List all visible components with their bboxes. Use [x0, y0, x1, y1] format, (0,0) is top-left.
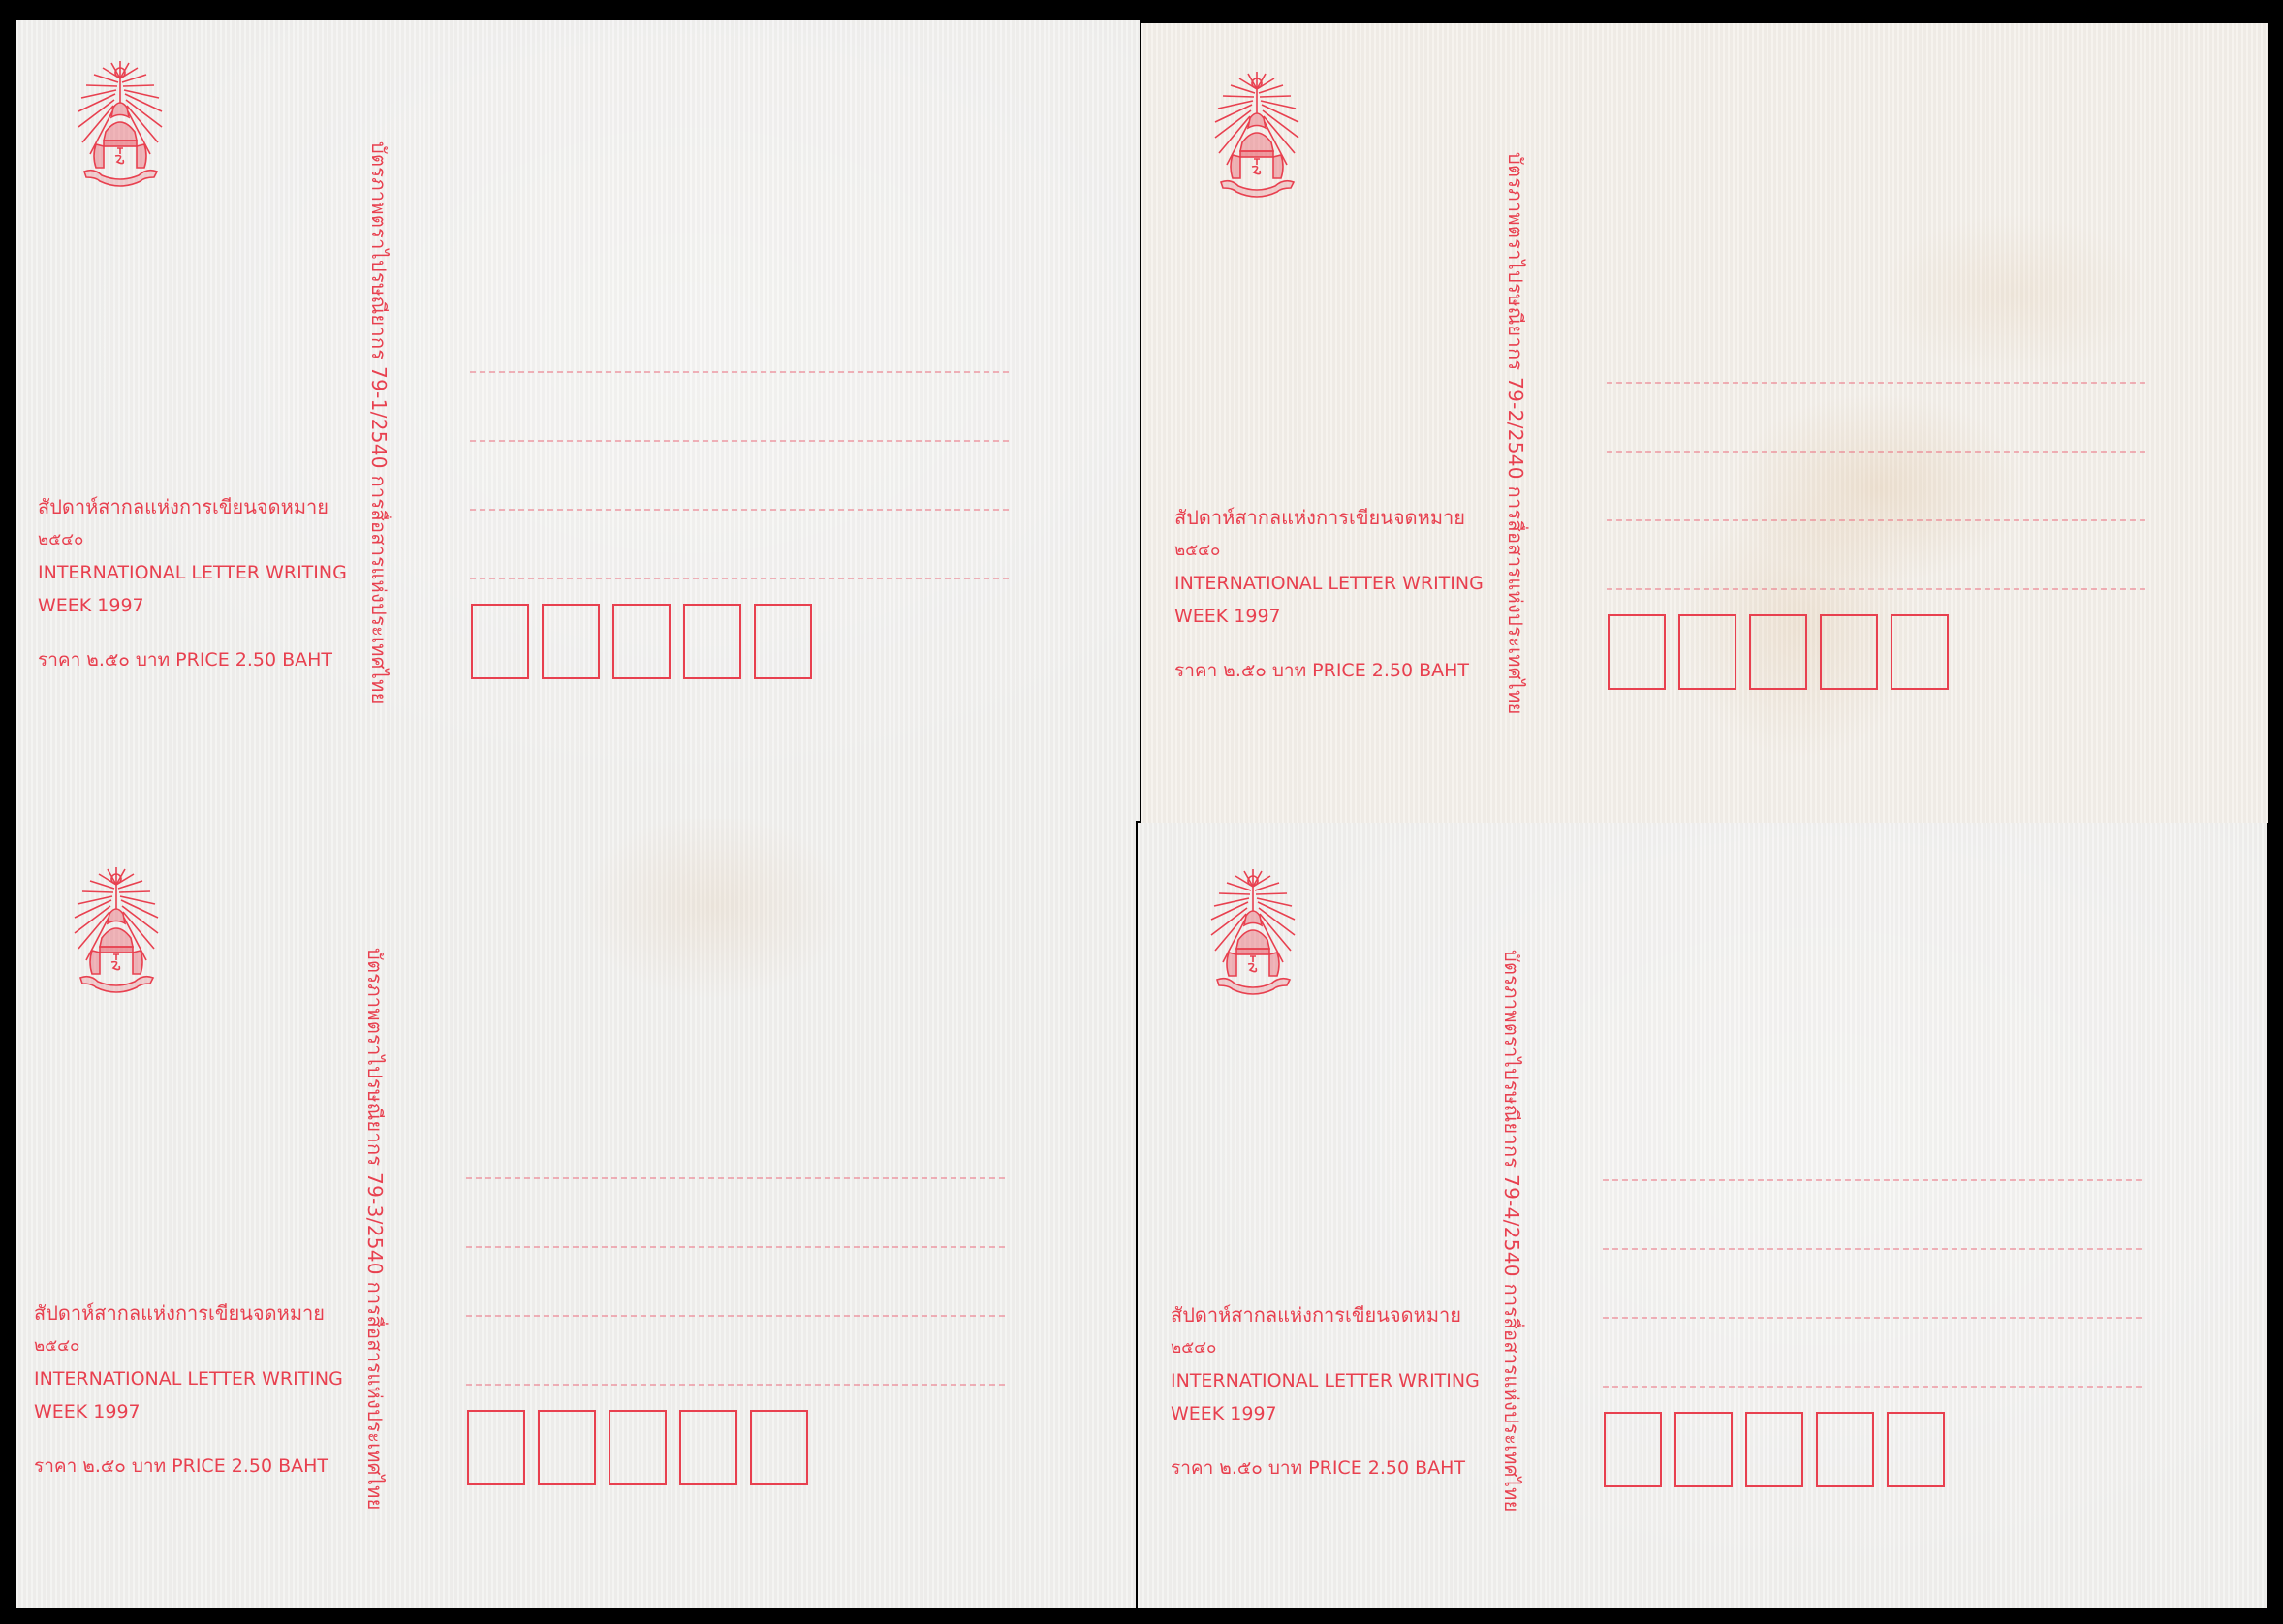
- card-info-block: สัปดาห์สากลแห่งการเขียนจดหมาย ๒๕๔๐ INTER…: [34, 1296, 343, 1481]
- thai-year: ๒๕๔๐: [1174, 534, 1484, 567]
- thai-royal-emblem-icon: [75, 59, 167, 195]
- postcode-box: [1816, 1412, 1874, 1487]
- address-line: [1607, 451, 2145, 453]
- postal-card-bottom-right: บัตรภาพตราไปรษณียากร 79-4/2540 การสื่อสา…: [1138, 823, 2267, 1608]
- postcode-box: [1745, 1412, 1803, 1487]
- postcode-box: [750, 1410, 808, 1485]
- postcode-box: [1604, 1412, 1662, 1487]
- english-title-line1: INTERNATIONAL LETTER WRITING: [38, 556, 347, 589]
- thai-royal-emblem-icon: [1211, 70, 1303, 205]
- thai-royal-emblem-icon: [1207, 867, 1299, 1003]
- postcode-box: [1608, 614, 1666, 690]
- address-line: [470, 371, 1009, 373]
- address-line: [1607, 588, 2145, 590]
- address-line: [1603, 1179, 2142, 1181]
- postcode-box: [1674, 1412, 1733, 1487]
- card-series-text: บัตรภาพตราไปรษณียากร 79-1/2540 การสื่อสา…: [365, 141, 394, 703]
- address-line: [466, 1177, 1005, 1179]
- postcode-box: [683, 604, 741, 679]
- postal-card-top-right: บัตรภาพตราไปรษณียากร 79-2/2540 การสื่อสา…: [1141, 23, 2268, 823]
- thai-title: สัปดาห์สากลแห่งการเขียนจดหมาย: [1171, 1298, 1480, 1331]
- address-line: [470, 440, 1009, 442]
- postcode-box: [754, 604, 812, 679]
- english-title-line2: WEEK 1997: [38, 589, 347, 622]
- address-line: [470, 509, 1009, 511]
- address-line: [466, 1384, 1005, 1386]
- price-text: ราคา ๒.๕๐ บาท PRICE 2.50 BAHT: [38, 645, 347, 674]
- english-title-line1: INTERNATIONAL LETTER WRITING: [1171, 1364, 1480, 1397]
- postcode-box: [612, 604, 671, 679]
- address-line: [1603, 1386, 2142, 1388]
- card-info-block: สัปดาห์สากลแห่งการเขียนจดหมาย ๒๕๔๐ INTER…: [1171, 1298, 1480, 1483]
- price-text: ราคา ๒.๕๐ บาท PRICE 2.50 BAHT: [34, 1452, 343, 1481]
- card-info-block: สัปดาห์สากลแห่งการเขียนจดหมาย ๒๕๔๐ INTER…: [1174, 501, 1484, 685]
- postcode-boxes: [1604, 1412, 1945, 1487]
- thai-royal-emblem-icon: [71, 865, 163, 1001]
- postal-card-top-left: บัตรภาพตราไปรษณียากร 79-1/2540 การสื่อสา…: [16, 20, 1140, 821]
- card-series-text: บัตรภาพตราไปรษณียากร 79-4/2540 การสื่อสา…: [1498, 950, 1527, 1512]
- price-text: ราคา ๒.๕๐ บาท PRICE 2.50 BAHT: [1171, 1453, 1480, 1483]
- postal-card-bottom-left: บัตรภาพตราไปรษณียากร 79-3/2540 การสื่อสา…: [16, 819, 1136, 1608]
- english-title-line1: INTERNATIONAL LETTER WRITING: [1174, 567, 1484, 600]
- postcode-box: [1891, 614, 1949, 690]
- address-line: [1607, 382, 2145, 384]
- postcode-box: [538, 1410, 596, 1485]
- postcode-box: [471, 604, 529, 679]
- thai-title: สัปดาห์สากลแห่งการเขียนจดหมาย: [1174, 501, 1484, 534]
- card-info-block: สัปดาห์สากลแห่งการเขียนจดหมาย ๒๕๔๐ INTER…: [38, 490, 347, 674]
- thai-year: ๒๕๔๐: [34, 1329, 343, 1362]
- address-line: [466, 1246, 1005, 1248]
- postcode-box: [542, 604, 600, 679]
- postcode-box: [1887, 1412, 1945, 1487]
- postcode-boxes: [467, 1410, 808, 1485]
- address-line: [1603, 1317, 2142, 1319]
- postcode-box: [467, 1410, 525, 1485]
- address-line: [1607, 519, 2145, 521]
- english-title-line2: WEEK 1997: [34, 1395, 343, 1428]
- english-title-line2: WEEK 1997: [1171, 1397, 1480, 1430]
- postcode-box: [609, 1410, 667, 1485]
- postcode-boxes: [471, 604, 812, 679]
- thai-year: ๒๕๔๐: [1171, 1331, 1480, 1364]
- english-title-line2: WEEK 1997: [1174, 600, 1484, 633]
- thai-title: สัปดาห์สากลแห่งการเขียนจดหมาย: [38, 490, 347, 523]
- card-series-text: บัตรภาพตราไปรษณียากร 79-3/2540 การสื่อสา…: [361, 948, 391, 1510]
- price-text: ราคา ๒.๕๐ บาท PRICE 2.50 BAHT: [1174, 656, 1484, 685]
- address-line: [466, 1315, 1005, 1317]
- thai-title: สัปดาห์สากลแห่งการเขียนจดหมาย: [34, 1296, 343, 1329]
- thai-year: ๒๕๔๐: [38, 523, 347, 556]
- address-line: [1603, 1248, 2142, 1250]
- card-series-text: บัตรภาพตราไปรษณียากร 79-2/2540 การสื่อสา…: [1502, 152, 1531, 714]
- postcode-box: [1820, 614, 1878, 690]
- postcode-box: [1749, 614, 1807, 690]
- address-line: [470, 578, 1009, 579]
- postcode-boxes: [1608, 614, 1949, 690]
- postcode-box: [679, 1410, 737, 1485]
- postcode-box: [1678, 614, 1736, 690]
- english-title-line1: INTERNATIONAL LETTER WRITING: [34, 1362, 343, 1395]
